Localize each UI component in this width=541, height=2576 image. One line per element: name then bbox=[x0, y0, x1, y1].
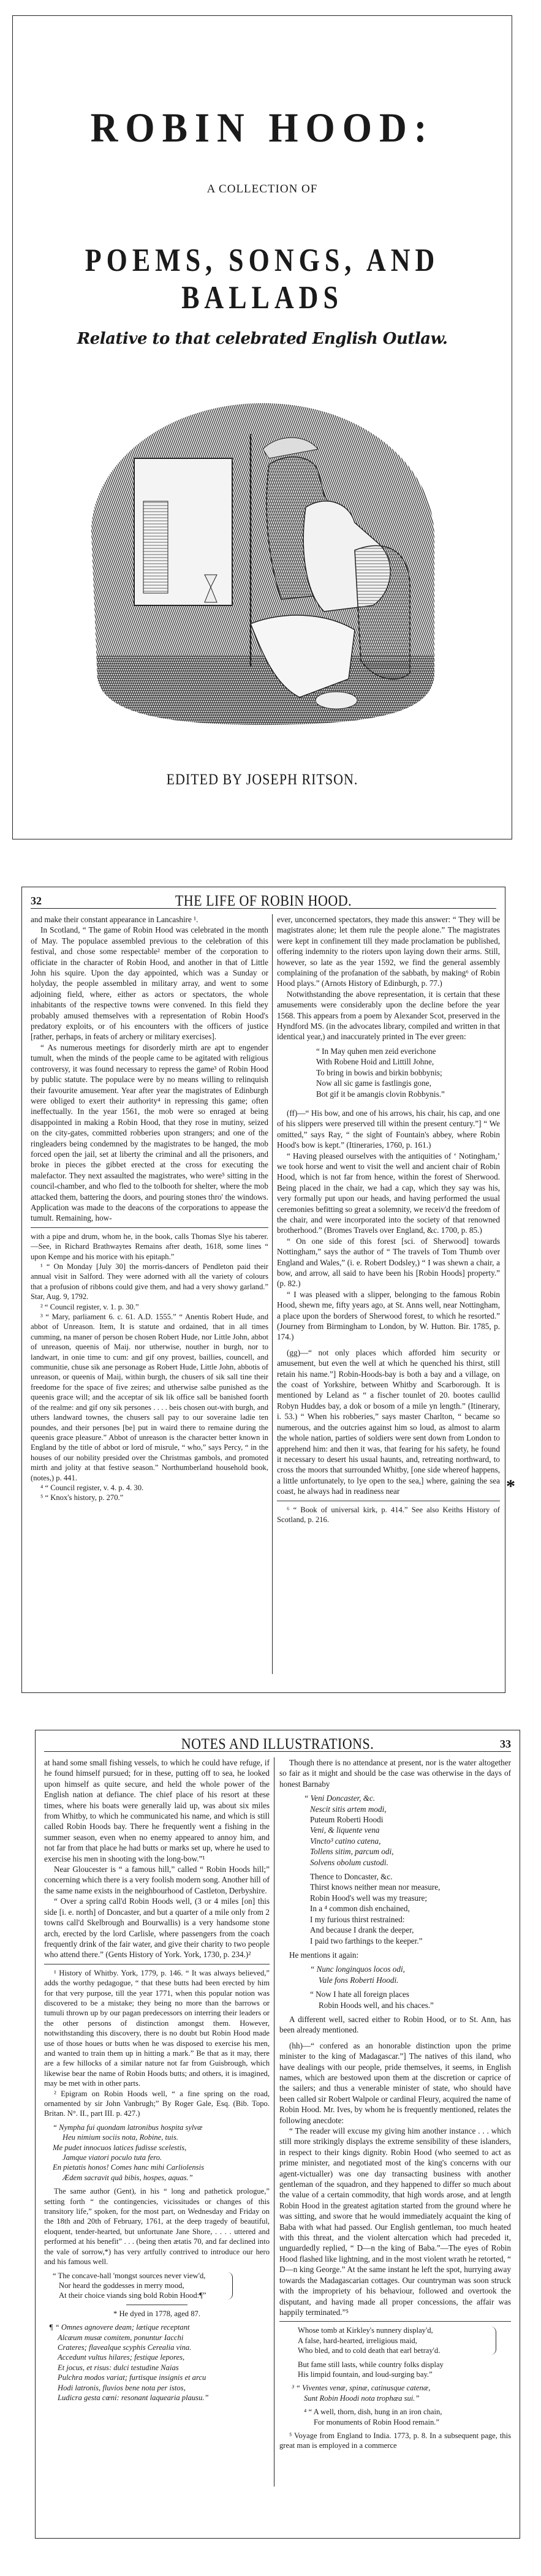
verse-line: With Robene Hoid and Littill Johne, bbox=[316, 1056, 500, 1067]
verse-line: Solvens obolum custodi. bbox=[304, 1857, 511, 1868]
latin-couplet: “ Nunc longinquos locos odi, Vale fons R… bbox=[310, 1964, 511, 1985]
margin-asterisk: * bbox=[506, 1476, 515, 1497]
footnotes: Whose tomb at Kirkley's nunnery display'… bbox=[279, 2325, 511, 2450]
verse-line: Nor heard the goddesses in merry mood, bbox=[53, 2281, 230, 2290]
paragraph: A different well, sacred either to Robin… bbox=[279, 2014, 511, 2036]
verse-line: I paid two farthings to the keeper.” bbox=[310, 1936, 511, 1946]
footnote: ² Epigram on Robin Hoods well, “ a fine … bbox=[44, 2089, 270, 2119]
footnotes: ¹ History of Whitby. York, 1779, p. 146.… bbox=[44, 1968, 270, 2403]
right-column: ever, unconcerned spectators, they made … bbox=[277, 914, 500, 1525]
verse-line: Vincto³ catino catena, bbox=[304, 1836, 511, 1846]
verse-line: A false, hard-hearted, irreligious maid, bbox=[298, 2336, 494, 2346]
verse-line: And because I drank the deeper, bbox=[310, 1925, 511, 1935]
paragraph: “ As numerous meetings for disorderly mi… bbox=[31, 1042, 268, 1224]
right-column: Though there is no attendance at present… bbox=[279, 1757, 511, 2451]
column-divider bbox=[274, 1757, 274, 2487]
footnote: ³ “ Mary, parliament 6. c. 61. A.D. 1555… bbox=[31, 1312, 268, 1483]
verse-line: Who bled, and to cold death that earl be… bbox=[298, 2346, 494, 2355]
page-33: NOTES AND ILLUSTRATIONS. 33 at hand some… bbox=[35, 1730, 520, 2539]
title-page: ROBIN HOOD: A COLLECTION OF POEMS, SONGS… bbox=[12, 15, 512, 839]
footnote: with a pipe and drum, whom he, in the bo… bbox=[31, 1232, 268, 1262]
footnote-verse: Whose tomb at Kirkley's nunnery display'… bbox=[298, 2325, 494, 2355]
paragraph: In Scotland, “ The game of Robin Hood wa… bbox=[31, 925, 268, 1042]
footnotes: with a pipe and drum, whom he, in the bo… bbox=[31, 1232, 268, 1503]
running-head-title: THE LIFE OF ROBIN HOOD. bbox=[31, 892, 496, 910]
verse-line: ⁴ “ A well, thorn, dish, hung in an iron… bbox=[304, 2407, 511, 2417]
paragraph: Though there is no attendance at present… bbox=[279, 1757, 511, 1789]
book-title: ROBIN HOOD: bbox=[13, 104, 512, 152]
verse-line: His limpid fountain, and loud-surging ba… bbox=[298, 2370, 511, 2379]
verse-line: Now all sic game is fastlingis gone, bbox=[316, 1078, 500, 1088]
verse-line: Veni, & liquente vena bbox=[304, 1825, 511, 1835]
verse-line: Thence to Doncaster, &c. bbox=[310, 1871, 511, 1882]
paragraph: “ I was pleased with a slipper, belongin… bbox=[277, 1289, 500, 1343]
english-couplet: “ Now I hate all foreign places Robin Ho… bbox=[310, 1989, 511, 2010]
footnote-rule bbox=[277, 1501, 500, 1501]
verse-line: To bring in bowis and birkin bobbynis; bbox=[316, 1067, 500, 1078]
paragraph: at hand some small fishing vessels, to w… bbox=[44, 1757, 270, 1864]
verse-line: Tollens sitim, parcum odi, bbox=[304, 1846, 511, 1857]
verse-line: Vale fons Roberti Hoodi. bbox=[310, 1975, 511, 1985]
paragraph: (hh)—“ confered as an honorable distinct… bbox=[279, 2040, 511, 2126]
verse-line: Accedunt vultus hilares; festique lepore… bbox=[49, 2352, 270, 2362]
paragraph: He mentions it again: bbox=[279, 1950, 511, 1960]
verse-line: Bot gif it be amangis clovin Robbynis.” bbox=[316, 1089, 500, 1099]
verse-line: Whose tomb at Kirkley's nunnery display'… bbox=[298, 2325, 494, 2335]
verse-line: In a ⁴ common dish enchained, bbox=[310, 1903, 511, 1914]
verse-line: En pietatis honos! Comes hanc mihi Carli… bbox=[53, 2162, 270, 2172]
verse-line: “ Nunc longinquos locos odi, bbox=[310, 1964, 511, 1974]
book-editor: EDITED BY JOSEPH RITSON. bbox=[13, 770, 512, 789]
column-divider bbox=[272, 914, 273, 1674]
verse-block: “ In May quhen men zeid everichone With … bbox=[316, 1046, 500, 1099]
page-32: 32 THE LIFE OF ROBIN HOOD. and make thei… bbox=[21, 887, 505, 1693]
paragraph: (ff)—“ His bow, and one of his arrows, h… bbox=[277, 1108, 500, 1151]
paragraph: Notwithstanding the above representation… bbox=[277, 989, 500, 1042]
footnote-3: ³ “ Viventes venæ, spinæ, catinusque cat… bbox=[292, 2383, 511, 2403]
footnote-4: ⁴ “ A well, thorn, dish, hung in an iron… bbox=[304, 2407, 511, 2427]
footnote: ⁵ Voyage from England to India. 1773, p.… bbox=[279, 2431, 511, 2451]
footnote-verse: But fame still lasts, while country folk… bbox=[298, 2360, 511, 2380]
verse-line: Ædem sacravit quâ bibis, hospes, aquas.” bbox=[53, 2173, 270, 2183]
paragraph: ever, unconcerned spectators, they made … bbox=[277, 914, 500, 989]
book-tagline: Relative to that celebrated English Outl… bbox=[13, 330, 512, 348]
book-subtitle: A COLLECTION OF bbox=[13, 183, 512, 196]
verse-line: Robin Hood's well was my treasure; bbox=[310, 1893, 511, 1903]
verse-line: Sunt Robin Hoodi nota trophæa sui.” bbox=[292, 2393, 511, 2403]
latin-note: ¶ “ Omnes agnovere deam; lætique recepta… bbox=[49, 2322, 270, 2403]
verse-line: “ In May quhen men zeid everichone bbox=[316, 1046, 500, 1056]
latin-verse: “ Veni Doncaster, &c. Nescit sitis artem… bbox=[304, 1793, 511, 1868]
verse-line: Et jocus, et risus: dulci testudine Naia… bbox=[49, 2363, 270, 2373]
verse-line: Ludicra gesta cœni: resonant laquearia p… bbox=[49, 2393, 270, 2403]
gent-verse: “ The concave-hall 'mongst sources never… bbox=[53, 2271, 230, 2301]
left-column: and make their constant appearance in La… bbox=[31, 914, 268, 1503]
footnote: ² “ Council register, v. 1. p. 30.” bbox=[31, 1302, 268, 1312]
paragraph: and make their constant appearance in La… bbox=[31, 914, 268, 925]
book-heading: POEMS, SONGS, AND BALLADS bbox=[13, 241, 512, 316]
footnote: ⁵ “ Knox's history, p. 270.” bbox=[31, 1493, 268, 1502]
footnote-rule bbox=[279, 2321, 511, 2322]
footnote: ⁴ “ Council register, v. 4. p. 4. 30. bbox=[31, 1483, 268, 1493]
verse-line: Puteum Roberti Hoodi bbox=[304, 1814, 511, 1825]
verse-line: “ The concave-hall 'mongst sources never… bbox=[53, 2271, 230, 2281]
latin-epigram: “ Nympha fui quondam latronibus hospita … bbox=[53, 2123, 270, 2183]
verse-line: At their choice viands sing bold Robin H… bbox=[53, 2290, 230, 2300]
verse-line: “ Nympha fui quondam latronibus hospita … bbox=[53, 2123, 270, 2132]
left-column: at hand some small fishing vessels, to w… bbox=[44, 1757, 270, 2406]
paragraph: “ The reader will excuse my giving him a… bbox=[279, 2126, 511, 2317]
verse-line: ¶ “ Omnes agnovere deam; lætique recepta… bbox=[49, 2322, 270, 2332]
paragraph: “ Having pleased ourselves with the anti… bbox=[277, 1151, 500, 1236]
verse-line: Heu nimium sociis nota, Robine, tuis. bbox=[53, 2132, 270, 2142]
footnotes: ⁶ “ Book of universal kirk, p. 414.” See… bbox=[277, 1505, 500, 1525]
verse-line: For monuments of Robin Hood remain.” bbox=[304, 2417, 511, 2427]
short-rule bbox=[126, 2305, 187, 2305]
verse-line: Robin Hoods well, and his chaces.” bbox=[310, 2000, 511, 2010]
verse-line: Nescit sitis artem modi, bbox=[304, 1804, 511, 1814]
english-verse: Thence to Doncaster, &c. Thirst knows ne… bbox=[310, 1871, 511, 1946]
footnote-rule bbox=[31, 1227, 268, 1228]
verse-line: Pulchra modos variat; furtisque insignis… bbox=[49, 2373, 270, 2382]
verse-line: “ Veni Doncaster, &c. bbox=[304, 1793, 511, 1803]
verse-line: But fame still lasts, while country folk… bbox=[298, 2360, 511, 2370]
verse-line: “ Now I hate all foreign places bbox=[310, 1989, 511, 1999]
verse-line: Crateres; flavealque scyphis Cerealia vi… bbox=[49, 2343, 270, 2352]
footnote: ¹ History of Whitby. York, 1779, p. 146.… bbox=[44, 1968, 270, 2089]
running-head-title: NOTES AND ILLUSTRATIONS. bbox=[44, 1735, 511, 1753]
verse-line: Me pudet innocuos latices fudisse sceles… bbox=[53, 2143, 270, 2153]
paragraph: (gg)—“ not only places which afforded hi… bbox=[277, 1347, 500, 1497]
paragraph: “ Over a spring call'd Robin Hoods well,… bbox=[44, 1896, 270, 1960]
footnote: * He dyed in 1778, aged 87. bbox=[44, 2309, 270, 2319]
footnote-rule bbox=[44, 1964, 270, 1964]
paragraph: “ On one side of this forest [sci. of Sh… bbox=[277, 1236, 500, 1289]
running-head: NOTES AND ILLUSTRATIONS. 33 bbox=[44, 1737, 511, 1752]
verse-line: Thirst knows neither mean nor measure, bbox=[310, 1882, 511, 1892]
paragraph: Near Gloucester is “ a famous hill,” cal… bbox=[44, 1864, 270, 1896]
page-number: 33 bbox=[500, 1738, 511, 1751]
verse-line: Jamque viatori poculo tuta fero. bbox=[53, 2153, 270, 2162]
footnote: ¹ “ On Monday [July 30] the morris-dance… bbox=[31, 1262, 268, 1302]
verse-line: Alcæum musæ comitem, ponuntur Iacchi bbox=[49, 2333, 270, 2343]
engraving-illustration bbox=[67, 391, 459, 734]
verse-line: ³ “ Viventes venæ, spinæ, catinusque cat… bbox=[292, 2383, 511, 2393]
footnote: ⁶ “ Book of universal kirk, p. 414.” See… bbox=[277, 1505, 500, 1525]
paragraph: The same author (Gent), in his “ long an… bbox=[44, 2186, 270, 2267]
verse-line: I my furious thirst restrained: bbox=[310, 1914, 511, 1925]
running-head: 32 THE LIFE OF ROBIN HOOD. bbox=[31, 893, 496, 909]
verse-line: Hodi latronis, fluvios bene nota per ist… bbox=[49, 2383, 270, 2393]
